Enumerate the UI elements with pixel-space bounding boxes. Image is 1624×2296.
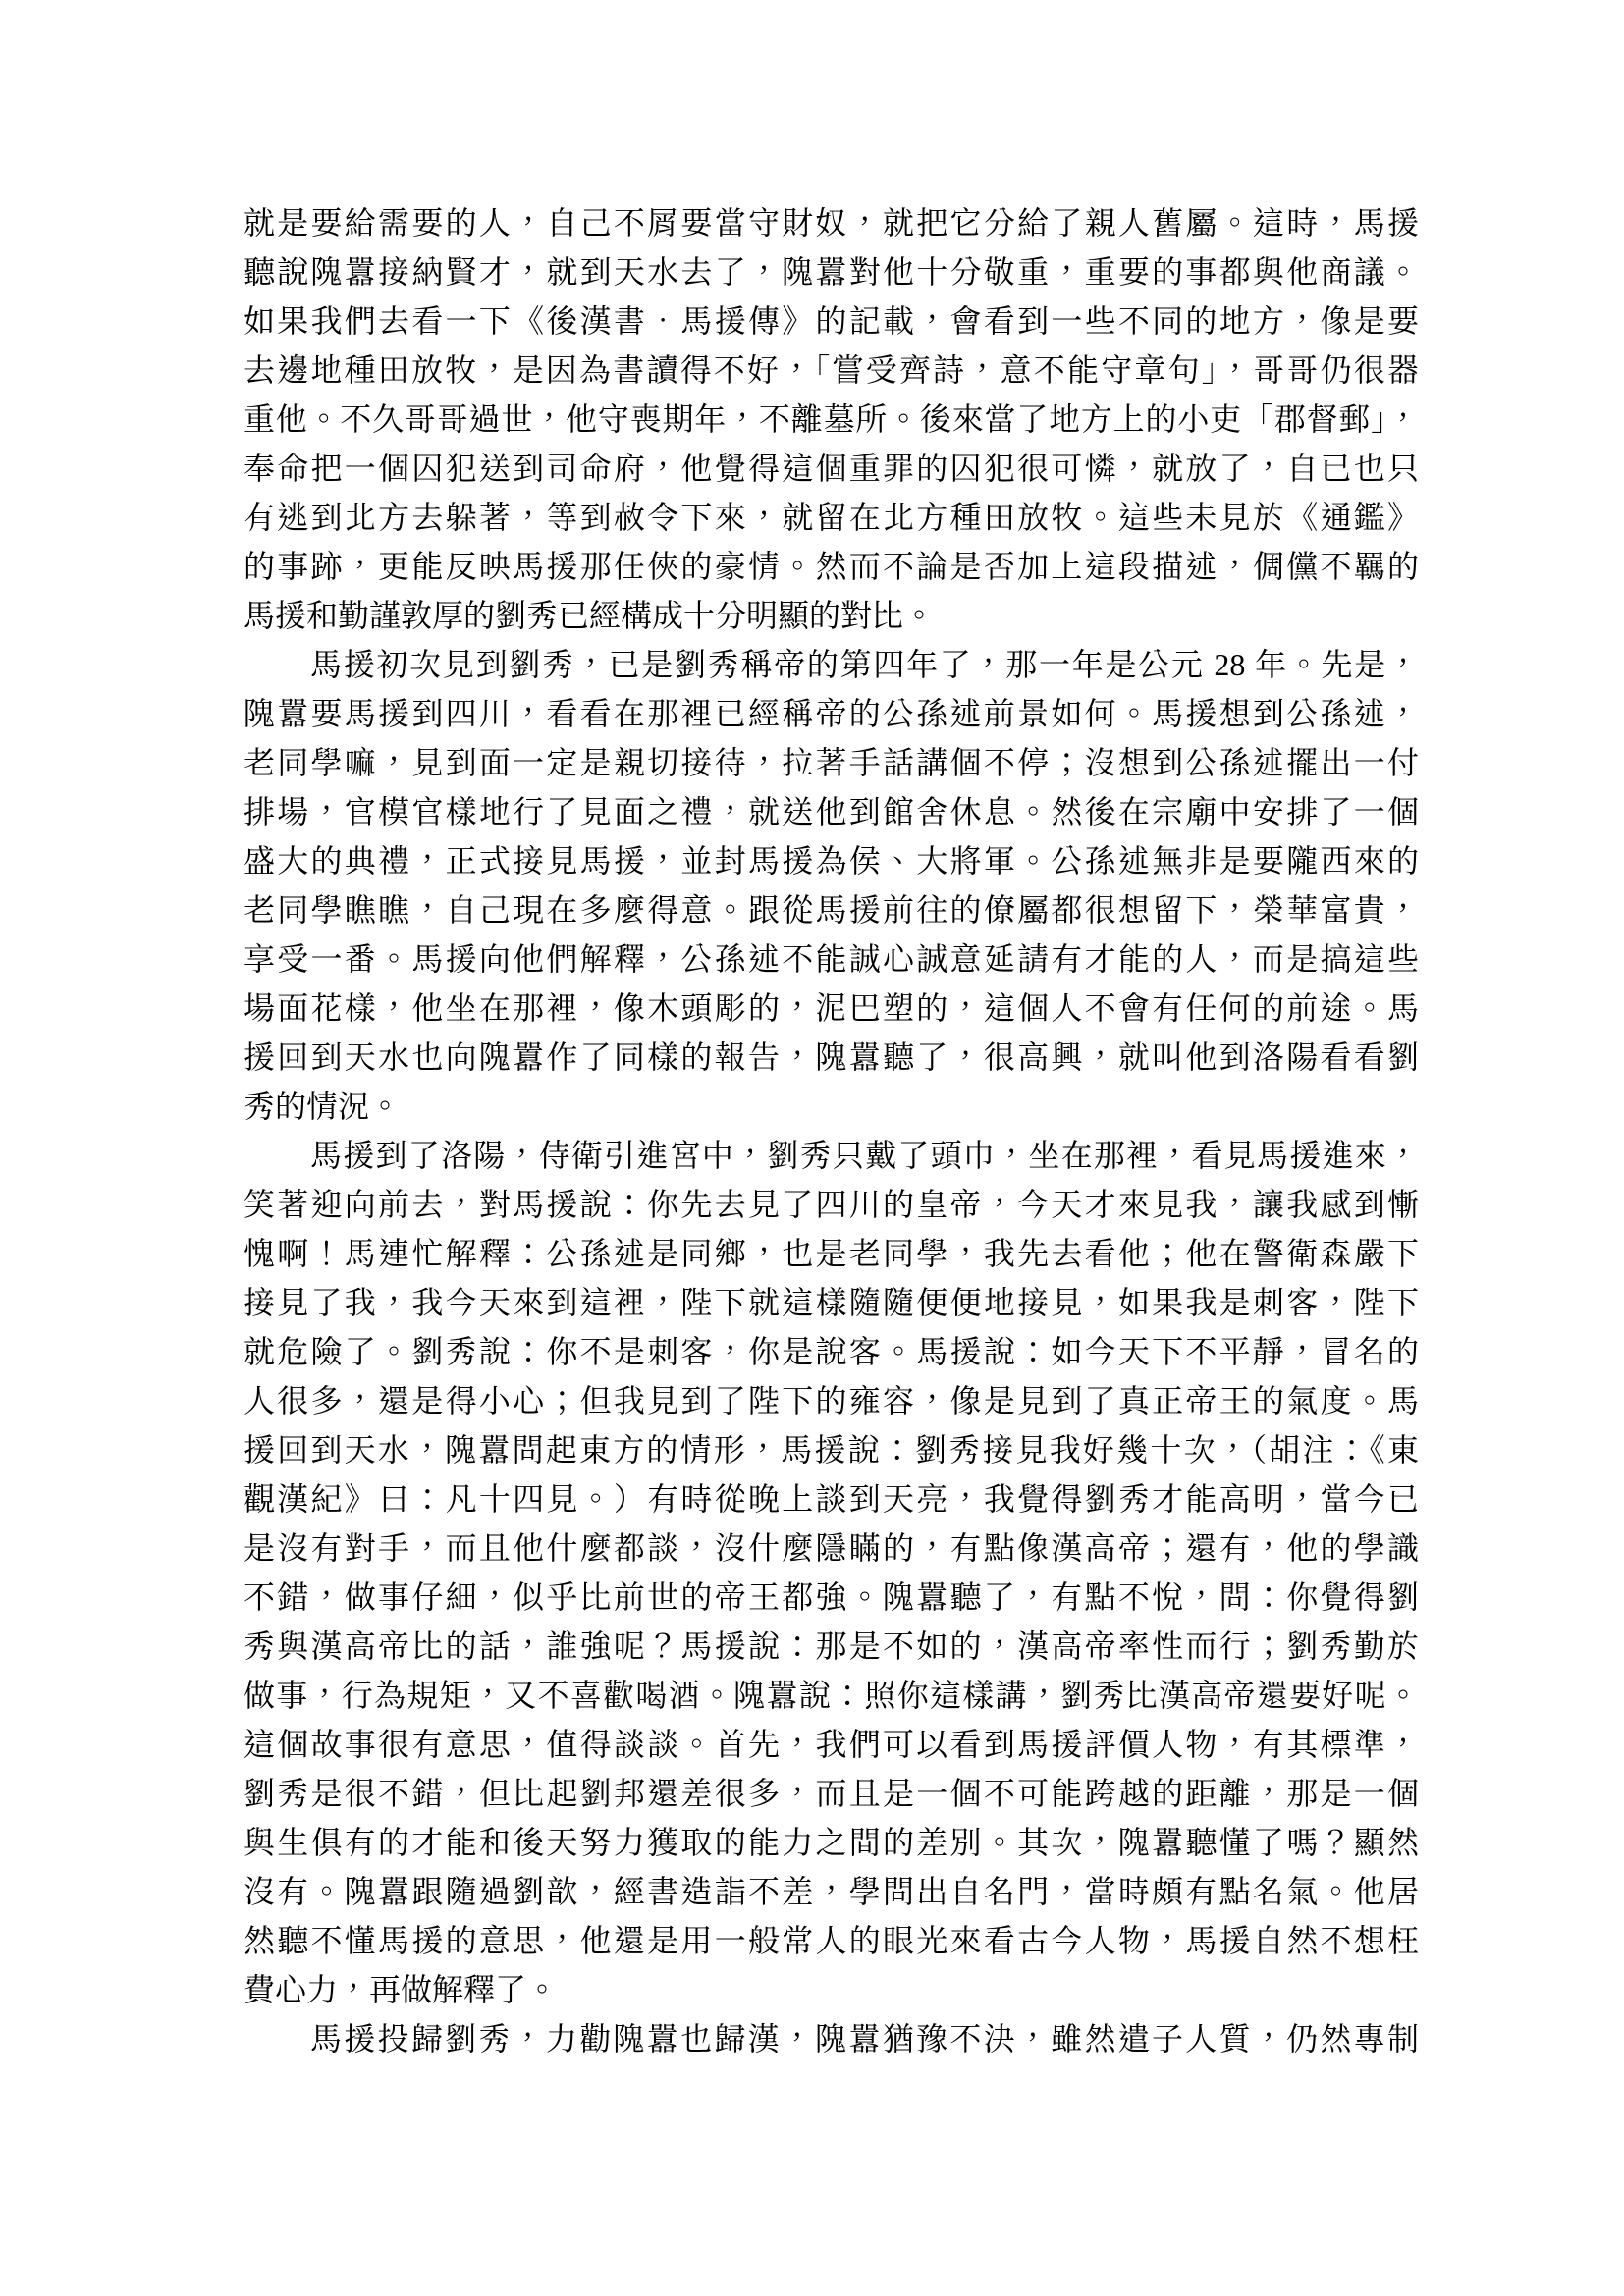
text-line: 盛大的典禮，正式接見馬援，並封馬援為侯、大將軍。公孫述無非是要隴西來的 xyxy=(244,836,1419,885)
text-line: 沒有。隗囂跟隨過劉歆，經書造詣不差，學問出自名門，當時頗有點名氣。他居 xyxy=(244,1867,1419,1916)
text-line: 秀的情況。 xyxy=(244,1082,1419,1131)
text-line: 是沒有對手，而且他什麼都談，沒什麼隱瞞的，有點像漢高帝；還有，他的學識 xyxy=(244,1523,1419,1573)
text-line: 排場，官模官樣地行了見面之禮，就送他到館舍休息。然後在宗廟中安排了一個 xyxy=(244,787,1419,836)
text-line: 不錯，做事仔細，似乎比前世的帝王都強。隗囂聽了，有點不悅，問：你覺得劉 xyxy=(244,1573,1419,1622)
text-line: 享受一番。馬援向他們解釋，公孫述不能誠心誠意延請有才能的人，而是搞這些 xyxy=(244,934,1419,984)
text-line: 做事，行為規矩，又不喜歡喝酒。隗囂說：照你這樣講，劉秀比漢高帝還要好呢。 xyxy=(244,1671,1419,1720)
text-line: 然聽不懂馬援的意思，他還是用一般常人的眼光來看古今人物，馬援自然不想枉 xyxy=(244,1916,1419,1965)
text-line: 隗囂要馬援到四川，看看在那裡已經稱帝的公孫述前景如何。馬援想到公孫述， xyxy=(244,689,1419,738)
text-line: 這個故事很有意思，值得談談。首先，我們可以看到馬援評價人物，有其標準， xyxy=(244,1720,1419,1769)
text-line: 馬援到了洛陽，侍衛引進宮中，劉秀只戴了頭巾，坐在那裡，看見馬援進來， xyxy=(244,1131,1419,1180)
paragraph: 就是要給需要的人，自己不屑要當守財奴，就把它分給了親人舊屬。這時，馬援聽說隗囂接… xyxy=(244,198,1419,640)
text-line: 聽說隗囂接納賢才，就到天水去了，隗囂對他十分敬重，重要的事都與他商議。 xyxy=(244,247,1419,296)
text-line: 馬援投歸劉秀，力勸隗囂也歸漢，隗囂猶豫不決，雖然遣子人質，仍然專制 xyxy=(244,2014,1419,2063)
text-line: 笑著迎向前去，對馬援說：你先去見了四川的皇帝，今天才來見我，讓我感到慚 xyxy=(244,1180,1419,1229)
text-line: 如果我們去看一下《後漢書．馬援傳》的記載，會看到一些不同的地方，像是要 xyxy=(244,296,1419,346)
text-line: 馬援初次見到劉秀，已是劉秀稱帝的第四年了，那一年是公元 28 年。先是， xyxy=(244,640,1419,689)
text-line: 觀漢紀》曰：凡十四見。）有時從晚上談到天亮，我覺得劉秀才能高明，當今已 xyxy=(244,1474,1419,1523)
text-line: 援回到天水，隗囂問起東方的情形，馬援說：劉秀接見我好幾十次，（胡注：《東 xyxy=(244,1425,1419,1474)
text-line: 老同學瞧瞧，自己現在多麼得意。跟從馬援前往的僚屬都很想留下，榮華富貴， xyxy=(244,885,1419,934)
text-line: 劉秀是很不錯，但比起劉邦還差很多，而且是一個不可能跨越的距離，那是一個 xyxy=(244,1769,1419,1818)
text-line: 就危險了。劉秀說：你不是刺客，你是說客。馬援說：如今天下不平靜，冒名的 xyxy=(244,1327,1419,1376)
paragraph: 馬援到了洛陽，侍衛引進宮中，劉秀只戴了頭巾，坐在那裡，看見馬援進來，笑著迎向前去… xyxy=(244,1131,1419,2014)
text-line: 秀與漢高帝比的話，誰強呢？馬援說：那是不如的，漢高帝率性而行；劉秀勤於 xyxy=(244,1622,1419,1671)
text-line: 人很多，還是得小心；但我見到了陛下的雍容，像是見到了真正帝王的氣度。馬 xyxy=(244,1376,1419,1425)
text-line: 費心力，再做解釋了。 xyxy=(244,1965,1419,2014)
text-line: 就是要給需要的人，自己不屑要當守財奴，就把它分給了親人舊屬。這時，馬援 xyxy=(244,198,1419,247)
text-line: 與生俱有的才能和後天努力獲取的能力之間的差別。其次，隗囂聽懂了嗎？顯然 xyxy=(244,1818,1419,1867)
text-line: 奉命把一個囚犯送到司命府，他覺得這個重罪的囚犯很可憐，就放了，自已也只 xyxy=(244,444,1419,493)
paragraph: 馬援初次見到劉秀，已是劉秀稱帝的第四年了，那一年是公元 28 年。先是，隗囂要馬… xyxy=(244,640,1419,1131)
text-line: 去邊地種田放牧，是因為書讀得不好，「嘗受齊詩，意不能守章句」，哥哥仍很器 xyxy=(244,346,1419,395)
paragraph: 馬援投歸劉秀，力勸隗囂也歸漢，隗囂猶豫不決，雖然遣子人質，仍然專制 xyxy=(244,2014,1419,2063)
text-line: 有逃到北方去躲著，等到赦令下來，就留在北方種田放牧。這些未見於《通鑑》 xyxy=(244,493,1419,542)
text-line: 接見了我，我今天來到這裡，陛下就這樣隨隨便便地接見，如果我是刺客，陛下 xyxy=(244,1278,1419,1327)
document-page: 就是要給需要的人，自己不屑要當守財奴，就把它分給了親人舊屬。這時，馬援聽說隗囂接… xyxy=(0,0,1624,2296)
text-line: 愧啊！馬連忙解釋：公孫述是同鄉，也是老同學，我先去看他；他在警衛森嚴下 xyxy=(244,1229,1419,1278)
text-line: 重他。不久哥哥過世，他守喪期年，不離墓所。後來當了地方上的小吏「郡督郵」， xyxy=(244,395,1419,444)
text-line: 老同學嘛，見到面一定是親切接待，拉著手話講個不停；沒想到公孫述擺出一付 xyxy=(244,738,1419,787)
text-block: 就是要給需要的人，自己不屑要當守財奴，就把它分給了親人舊屬。這時，馬援聽說隗囂接… xyxy=(244,198,1419,2063)
text-line: 援回到天水也向隗囂作了同樣的報告，隗囂聽了，很高興，就叫他到洛陽看看劉 xyxy=(244,1033,1419,1082)
text-line: 馬援和勤謹敦厚的劉秀已經構成十分明顯的對比。 xyxy=(244,591,1419,640)
text-line: 場面花樣，他坐在那裡，像木頭彫的，泥巴塑的，這個人不會有任何的前途。馬 xyxy=(244,984,1419,1033)
text-line: 的事跡，更能反映馬援那任俠的豪情。然而不論是否加上這段描述，倜儻不羈的 xyxy=(244,542,1419,591)
